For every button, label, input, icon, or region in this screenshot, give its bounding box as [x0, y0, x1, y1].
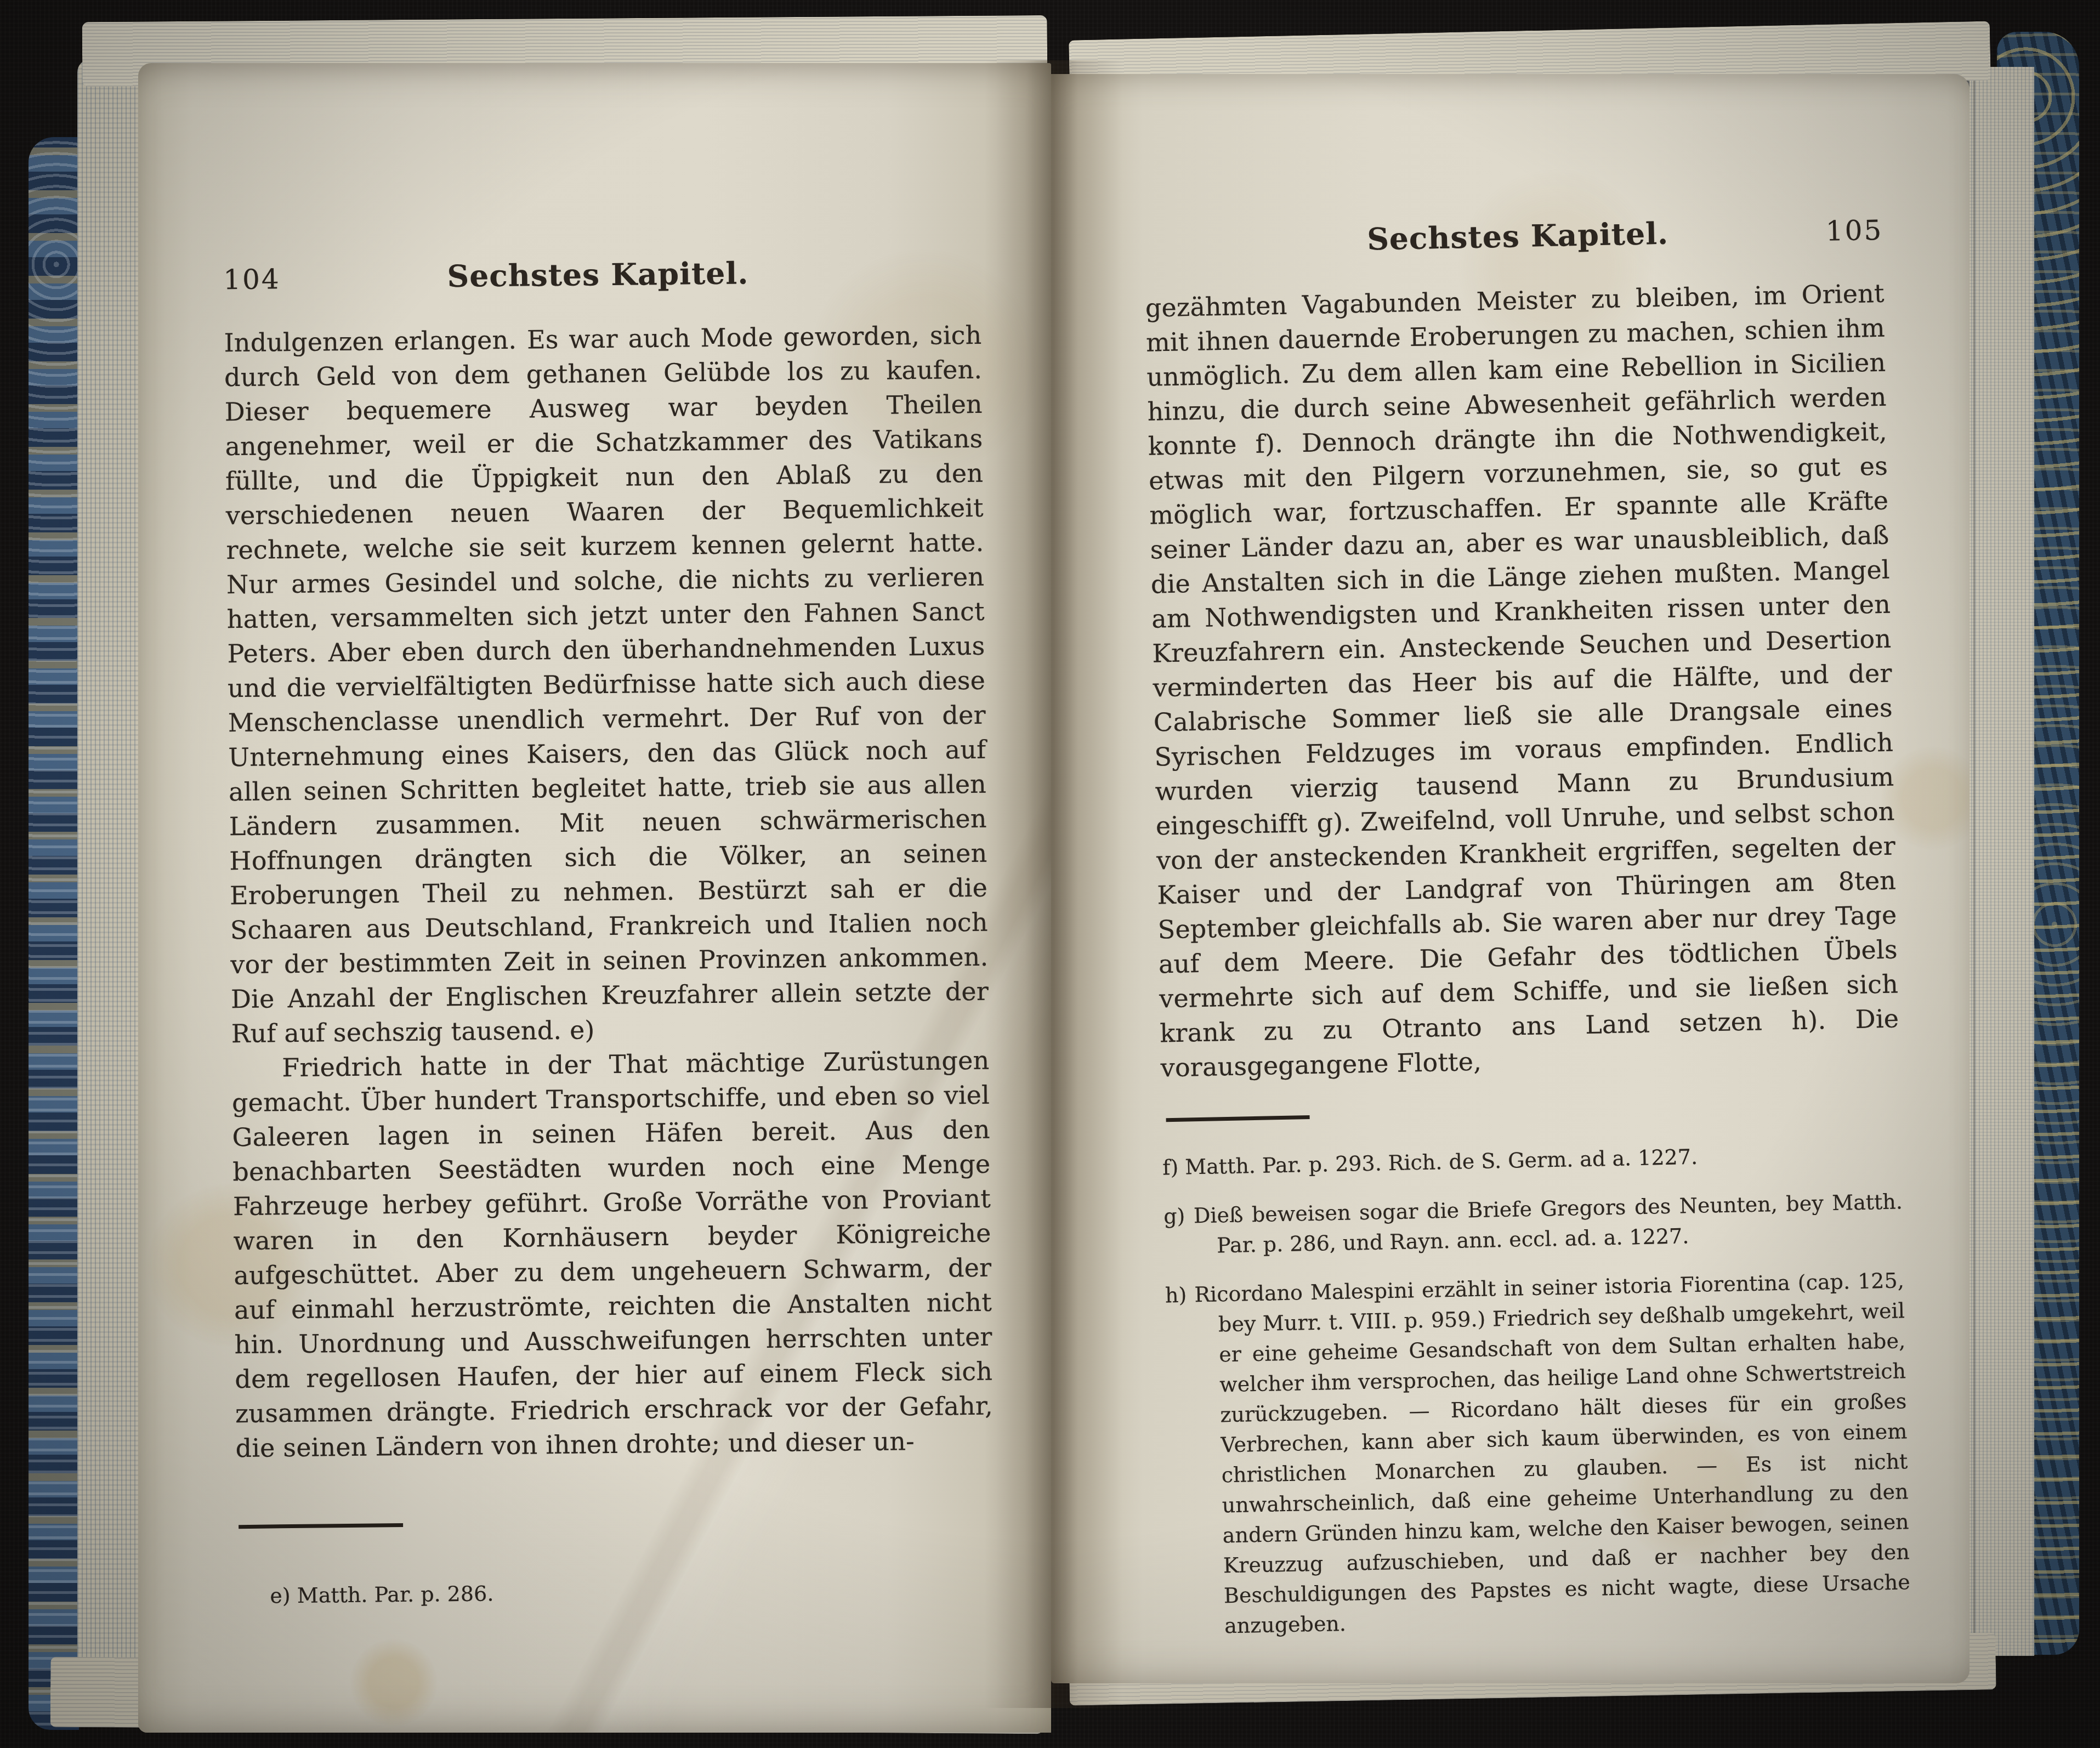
left-marbled-cover-edge: [29, 137, 79, 1730]
footnote-g: g) Dieß beweisen sogar die Briefe Gregor…: [1163, 1187, 1904, 1262]
left-page-content: 104 Sechstes Kapitel. Indulgenzen erlang…: [223, 253, 995, 1630]
left-body-text: Indulgenzen erlangen. Es war auch Mode g…: [224, 318, 994, 1466]
book-photo: 104 Sechstes Kapitel. Indulgenzen erlang…: [0, 0, 2100, 1748]
left-chapter-title: Sechstes Kapitel.: [280, 253, 915, 296]
footnote-e: e) Matth. Par. p. 286.: [237, 1574, 995, 1611]
paragraph: gezähmten Vagabunden Meister zu bleiben,…: [1145, 276, 1900, 1086]
right-body-text: gezähmten Vagabunden Meister zu bleiben,…: [1145, 276, 1900, 1086]
footnote-rule: [239, 1523, 403, 1529]
left-page-header: 104 Sechstes Kapitel.: [223, 253, 981, 296]
paragraph: Friedrich hatte in der That mächtige Zur…: [231, 1043, 994, 1466]
paragraph: Indulgenzen erlangen. Es war auch Mode g…: [224, 318, 989, 1051]
footnote-f: f) Matth. Par. p. 293. Rich. de S. Germ.…: [1162, 1138, 1902, 1183]
header-spacer: [915, 281, 981, 282]
left-page-edge-stack: [77, 59, 142, 1718]
right-page-number: 105: [1825, 214, 1883, 247]
footnote-h: h) Ricordano Malespini erzählt in seiner…: [1165, 1265, 1911, 1642]
right-page-content: Sechstes Kapitel. 105 gezähmten Vagabund…: [1144, 211, 1911, 1661]
right-footnotes: f) Matth. Par. p. 293. Rich. de S. Germ.…: [1162, 1138, 1911, 1642]
footnote-rule: [1166, 1115, 1310, 1122]
right-page-edge-stack: [1967, 67, 2034, 1656]
header-spacer: [1144, 253, 1210, 254]
left-page-number: 104: [223, 263, 281, 296]
left-footnotes: e) Matth. Par. p. 286.: [237, 1574, 995, 1611]
